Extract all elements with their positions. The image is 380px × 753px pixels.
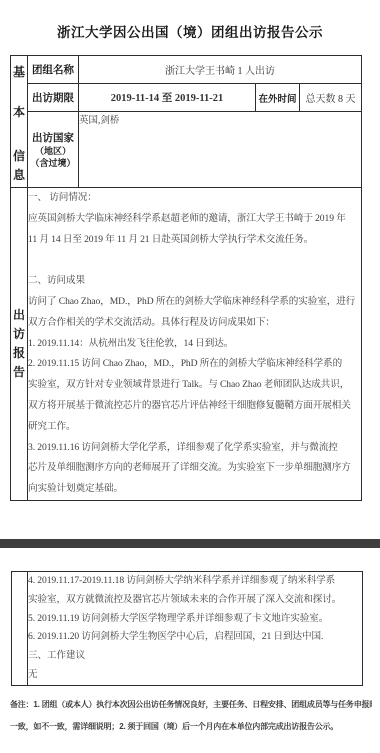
footer-note-line: 一致，如不一致，需详细说明；2. 须于回国（境）后一个月内在本单位内部完成出访报… — [10, 716, 372, 738]
section-label-report: 出 访 报 告 — [11, 188, 28, 501]
countries-label-line: （含过境） — [28, 157, 78, 169]
section-label-report-continued — [12, 572, 28, 686]
report-line: 三、工作建议 — [28, 647, 362, 666]
basic-label-char: 基 — [11, 66, 27, 79]
basic-label-char: 息 — [11, 169, 27, 182]
report-line: 二、访问成果 — [28, 271, 361, 292]
report-line: 2. 2019.11.15 访问 Chao Zhao，MD.，PhD 所在的剑桥… — [28, 354, 361, 375]
report-line: 无 — [28, 666, 362, 685]
countries-label-line: （地区） — [28, 145, 78, 157]
report-line: 双方合作相关的学术交流活动。具体行程及访问成果如下： — [28, 313, 361, 334]
countries-label: 出访国家 （地区） （含过境） — [28, 112, 79, 188]
report-content-page2: 4. 2019.11.17-2019.11.18 访问剑桥大学纳米科学系并详细参… — [28, 572, 363, 686]
countries-label-line: 出访国家 — [28, 131, 78, 145]
abroad-time-value: 总天数 8 天 — [300, 84, 362, 112]
report-line: 一、 访问情况： — [28, 188, 361, 209]
report-line: 实验室，双方针对专业领域背景进行 Talk。与 Chao Zhao 老师团队达成… — [28, 375, 361, 396]
report-line: 实验室，双方就微流控及器官芯片领域未来的合作开展了深入交流和探讨。 — [28, 591, 362, 610]
report-label-char: 访 — [11, 328, 27, 341]
report-line: 向实验计划奠定基础。 — [28, 479, 361, 500]
report-table-continued: 4. 2019.11.17-2019.11.18 访问剑桥大学纳米科学系并详细参… — [11, 571, 363, 686]
report-line: 访问了 Chao Zhao，MD.，PhD 所在的剑桥大学临床神经科学系的实验室… — [28, 292, 361, 313]
report-line: 3. 2019.11.16 访问剑桥大学化学系，详细参观了化学系实验室，并与微流… — [28, 438, 361, 459]
basic-label-char: 信 — [11, 150, 27, 163]
report-line: 5. 2019.11.19 访问剑桥大学医学物理学系并详细参观了卡文地许实验室。 — [28, 610, 362, 629]
group-name-value: 浙江大学王书崎 1 人出访 — [79, 56, 362, 84]
report-line: 6. 2019.11.20 访问剑桥大学生物医学中心后，启程回国，21 日到达中… — [28, 628, 362, 647]
visit-period-value: 2019-11-14 至 2019-11-21 — [79, 84, 256, 112]
basic-label-char: 本 — [11, 106, 27, 119]
page-break-separator — [0, 539, 380, 548]
report-label-char: 告 — [11, 366, 27, 379]
visit-period-label: 出访期限 — [28, 84, 79, 112]
report-content-page1: 一、 访问情况： 应英国剑桥大学临床神经科学系赵超老师的邀请，浙江大学王书崎于 … — [28, 188, 362, 501]
footer-note-line: 备注：1. 团组（或本人）执行本次因公出访任务情况良好，主要任务、日程安排、团组… — [10, 694, 372, 716]
countries-value: 英国,剑桥 — [79, 112, 362, 188]
report-line: 1. 2019.11.14：从杭州出发飞往伦敦，14 日到达。 — [28, 334, 361, 355]
report-line: 4. 2019.11.17-2019.11.18 访问剑桥大学纳米科学系并详细参… — [28, 572, 362, 591]
page-title: 浙江大学因公出国（境）团组出访报告公示 — [0, 0, 380, 41]
report-label-char: 出 — [11, 309, 27, 322]
group-name-label: 团组名称 — [28, 56, 79, 84]
report-line: 11 月 14 日至 2019 年 11 月 21 日赴英国剑桥大学执行学术交流… — [28, 230, 361, 251]
report-document-page: 浙江大学因公出国（境）团组出访报告公示 基 本 信 息 团组名称 浙江大学王书崎… — [0, 0, 380, 753]
report-line — [28, 250, 361, 271]
report-line: 芯片及单细胞测序方向的老师展开了详细交流。为实验室下一步单细胞测序方 — [28, 458, 361, 479]
abroad-time-label: 在外时间 — [256, 84, 300, 112]
section-label-basic-info: 基 本 信 息 — [11, 56, 28, 188]
footer-notes: 备注：1. 团组（或本人）执行本次因公出访任务情况良好，主要任务、日程安排、团组… — [10, 694, 372, 738]
basic-info-table: 基 本 信 息 团组名称 浙江大学王书崎 1 人出访 出访期限 2019-11-… — [10, 55, 362, 501]
report-line: 研究工作。 — [28, 417, 361, 438]
report-label-char: 报 — [11, 347, 27, 360]
report-line: 双方将开展基于微流控芯片的器官芯片评估神经干细胞修复髓鞘方面开展相关 — [28, 396, 361, 417]
report-line: 应英国剑桥大学临床神经科学系赵超老师的邀请，浙江大学王书崎于 2019 年 — [28, 209, 361, 230]
